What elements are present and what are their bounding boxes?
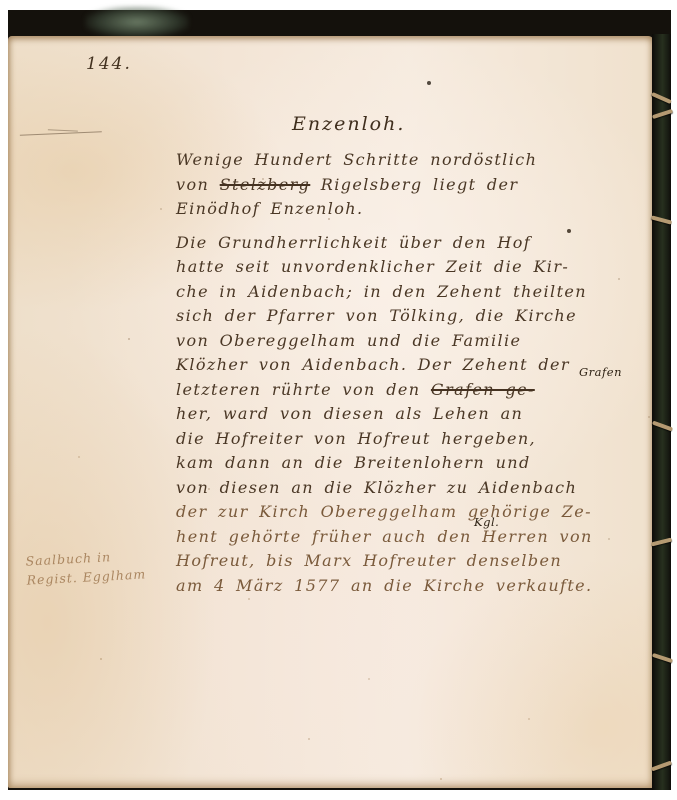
line-segment: letzteren rührte von den [176, 380, 431, 399]
manuscript-line: von diesen an die Klözher zu Aidenbach [176, 476, 656, 501]
manuscript-line: am 4 März 1577 an die Kirche verkaufte. [176, 574, 656, 599]
section-title: Enzenloh. [292, 113, 405, 135]
manuscript-scan: 144. Enzenloh. Wenige Hundert Schritte n… [0, 0, 677, 800]
manuscript-line: Wenige Hundert Schritte nordöstlich [176, 148, 656, 173]
manuscript-line: hatte seit unvordenklicher Zeit die Kir- [176, 255, 656, 280]
manuscript-line: die Hofreiter von Hofreut hergeben, [176, 427, 656, 452]
book-binding-gutter [652, 34, 671, 790]
manuscript-line: che in Aidenbach; in den Zehent theilten [176, 280, 656, 305]
book-spine-fabric [85, 6, 189, 38]
margin-note: Saalbuch in Regist. Egglham [25, 544, 167, 589]
interlinear-insertion: Grafen [579, 366, 622, 378]
manuscript-line: Einödhof Enzenloh. [176, 197, 656, 222]
manuscript-body: Wenige Hundert Schritte nordöstlich von … [176, 148, 656, 598]
manuscript-line: her, ward von diesen als Lehen an [176, 402, 656, 427]
manuscript-line: letzteren rührte von den Grafen ge-Grafe… [176, 378, 656, 403]
line-segment: von [176, 175, 220, 194]
manuscript-line: von Stelzberg Rigelsberg liegt der [176, 173, 656, 198]
line-segment: Rigelsberg liegt der [310, 175, 518, 194]
struck-word: Grafen ge- [431, 380, 535, 399]
manuscript-line: hent gehörte früher auch den Herren von [176, 525, 656, 550]
manuscript-line: von Obereggelham und die Familie [176, 329, 656, 354]
struck-word: Stelzberg [220, 175, 311, 194]
page-number: 144. [86, 54, 132, 74]
paper-crack [20, 131, 102, 144]
paper-speckles [8, 36, 10, 38]
line-segment: der zur Kirch Obereggelham gehörige Ze- [176, 502, 592, 521]
manuscript-line: der zur Kirch Obereggelham gehörige Ze-K… [176, 500, 656, 525]
manuscript-line: Hofreut, bis Marx Hofreuter denselben [176, 549, 656, 574]
manuscript-line: sich der Pfarrer von Tölking, die Kirche [176, 304, 656, 329]
manuscript-line: kam dann an die Breitenlohern und [176, 451, 656, 476]
manuscript-line: Die Grundherrlichkeit über den Hof [176, 231, 656, 256]
